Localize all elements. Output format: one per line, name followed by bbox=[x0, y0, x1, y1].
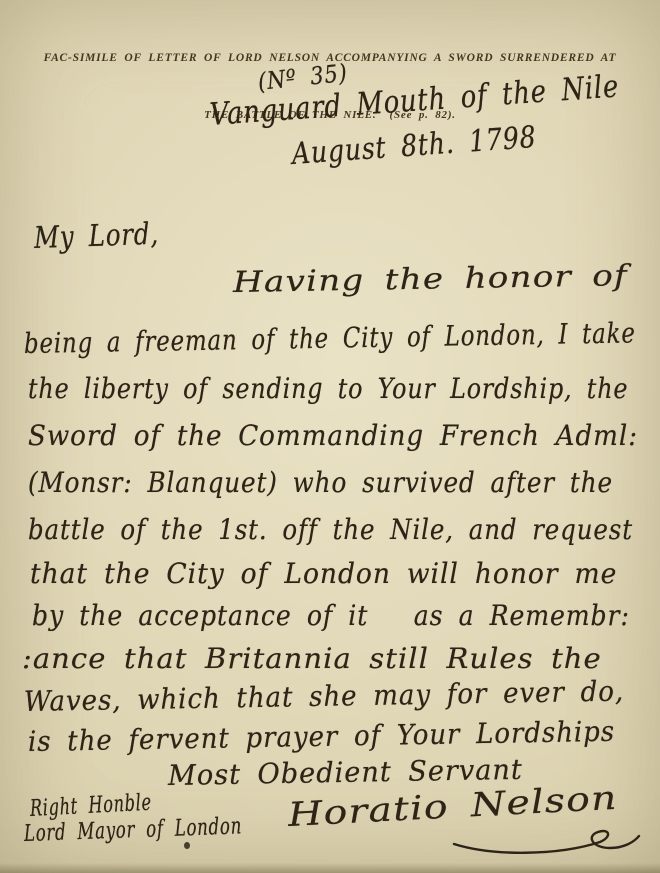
salutation: My Lord, bbox=[33, 220, 159, 254]
opening-line: Having the honor of bbox=[233, 261, 628, 297]
body-line: by the acceptance of it as a Remembr: bbox=[32, 602, 630, 630]
letter-page: FAC-SIMILE OF LETTER OF LORD NELSON ACCO… bbox=[0, 0, 660, 873]
body-line: the liberty of sending to Your Lordship,… bbox=[28, 375, 628, 403]
addressee-line-2: Lord Mayor of London bbox=[24, 815, 243, 846]
body-line: that the City of London will honor me bbox=[30, 560, 617, 588]
body-line: Sword of the Commanding French Adml: bbox=[28, 422, 638, 450]
body-line: battle of the 1st. off the Nile, and req… bbox=[28, 516, 633, 544]
body-line: being a freeman of the City of London, I… bbox=[24, 319, 636, 358]
body-line: Waves, which that she may for ever do, bbox=[24, 678, 624, 716]
body-line: (Monsr: Blanquet) who survived after the bbox=[28, 469, 613, 497]
ink-spot bbox=[184, 842, 190, 849]
paper-edge-shadow bbox=[0, 863, 660, 873]
body-line: :ance that Britannia still Rules the bbox=[22, 645, 602, 673]
body-line: is the fervent prayer of Your Lordships bbox=[28, 718, 616, 756]
signature-flourish bbox=[452, 826, 642, 864]
